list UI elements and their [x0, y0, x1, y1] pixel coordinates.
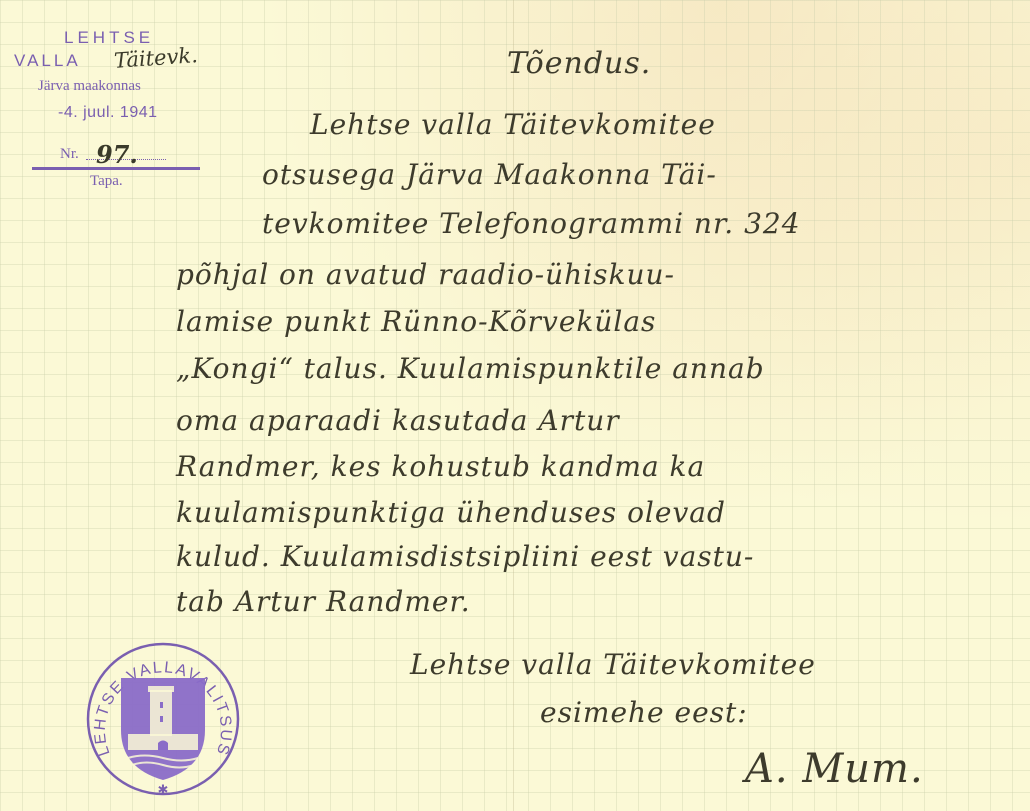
body-line-1: Lehtse valla Täitevkomitee [310, 108, 716, 141]
body-line-10: kulud. Kuulamisdistsipliini eest vastu- [176, 540, 754, 573]
letterhead-handwritten-addition: Täitevk. [113, 43, 198, 73]
body-line-3: tevkomitee Telefonogrammi nr. 324 [262, 207, 801, 240]
letterhead-place: Tapa. [90, 173, 123, 190]
letterhead-number-value: 97. [96, 140, 138, 169]
signature: A. Mum. [745, 746, 924, 792]
official-seal: LEHTSE VALLAVALITSUS ✱ [84, 640, 242, 798]
body-line-2: otsusega Järva Maakonna Täi- [262, 158, 717, 191]
letterhead-number-label: Nr. [60, 146, 79, 163]
body-line-5: lamise punkt Rünno-Kõrvekülas [176, 305, 656, 338]
letterhead-county: Järva maakonnas [38, 78, 141, 95]
letterhead-divider [32, 167, 200, 170]
body-line-8: Randmer, kes kohustub kandma ka [176, 450, 705, 483]
letterhead-date: -4. juul. 1941 [58, 104, 158, 122]
body-line-6: „Kongi“ talus. Kuulamispunktile annab [176, 352, 765, 385]
document-title: Tõendus. [507, 46, 651, 81]
body-line-9: kuulamispunktiga ühenduses olevad [176, 496, 726, 529]
body-line-11: tab Artur Randmer. [176, 585, 471, 618]
letterhead-line2: VALLA [14, 51, 81, 71]
body-line-4: põhjal on avatud raadio-ühiskuu- [176, 258, 675, 291]
letterhead-line1: LEHTSE [64, 28, 154, 48]
svg-text:✱: ✱ [158, 783, 169, 798]
closing-line-1: Lehtse valla Täitevkomitee [410, 648, 816, 681]
seal-emblem-icon: LEHTSE VALLAVALITSUS ✱ [84, 640, 242, 798]
closing-line-2: esimehe eest: [540, 696, 748, 729]
body-line-7: oma aparaadi kasutada Artur [176, 404, 620, 437]
